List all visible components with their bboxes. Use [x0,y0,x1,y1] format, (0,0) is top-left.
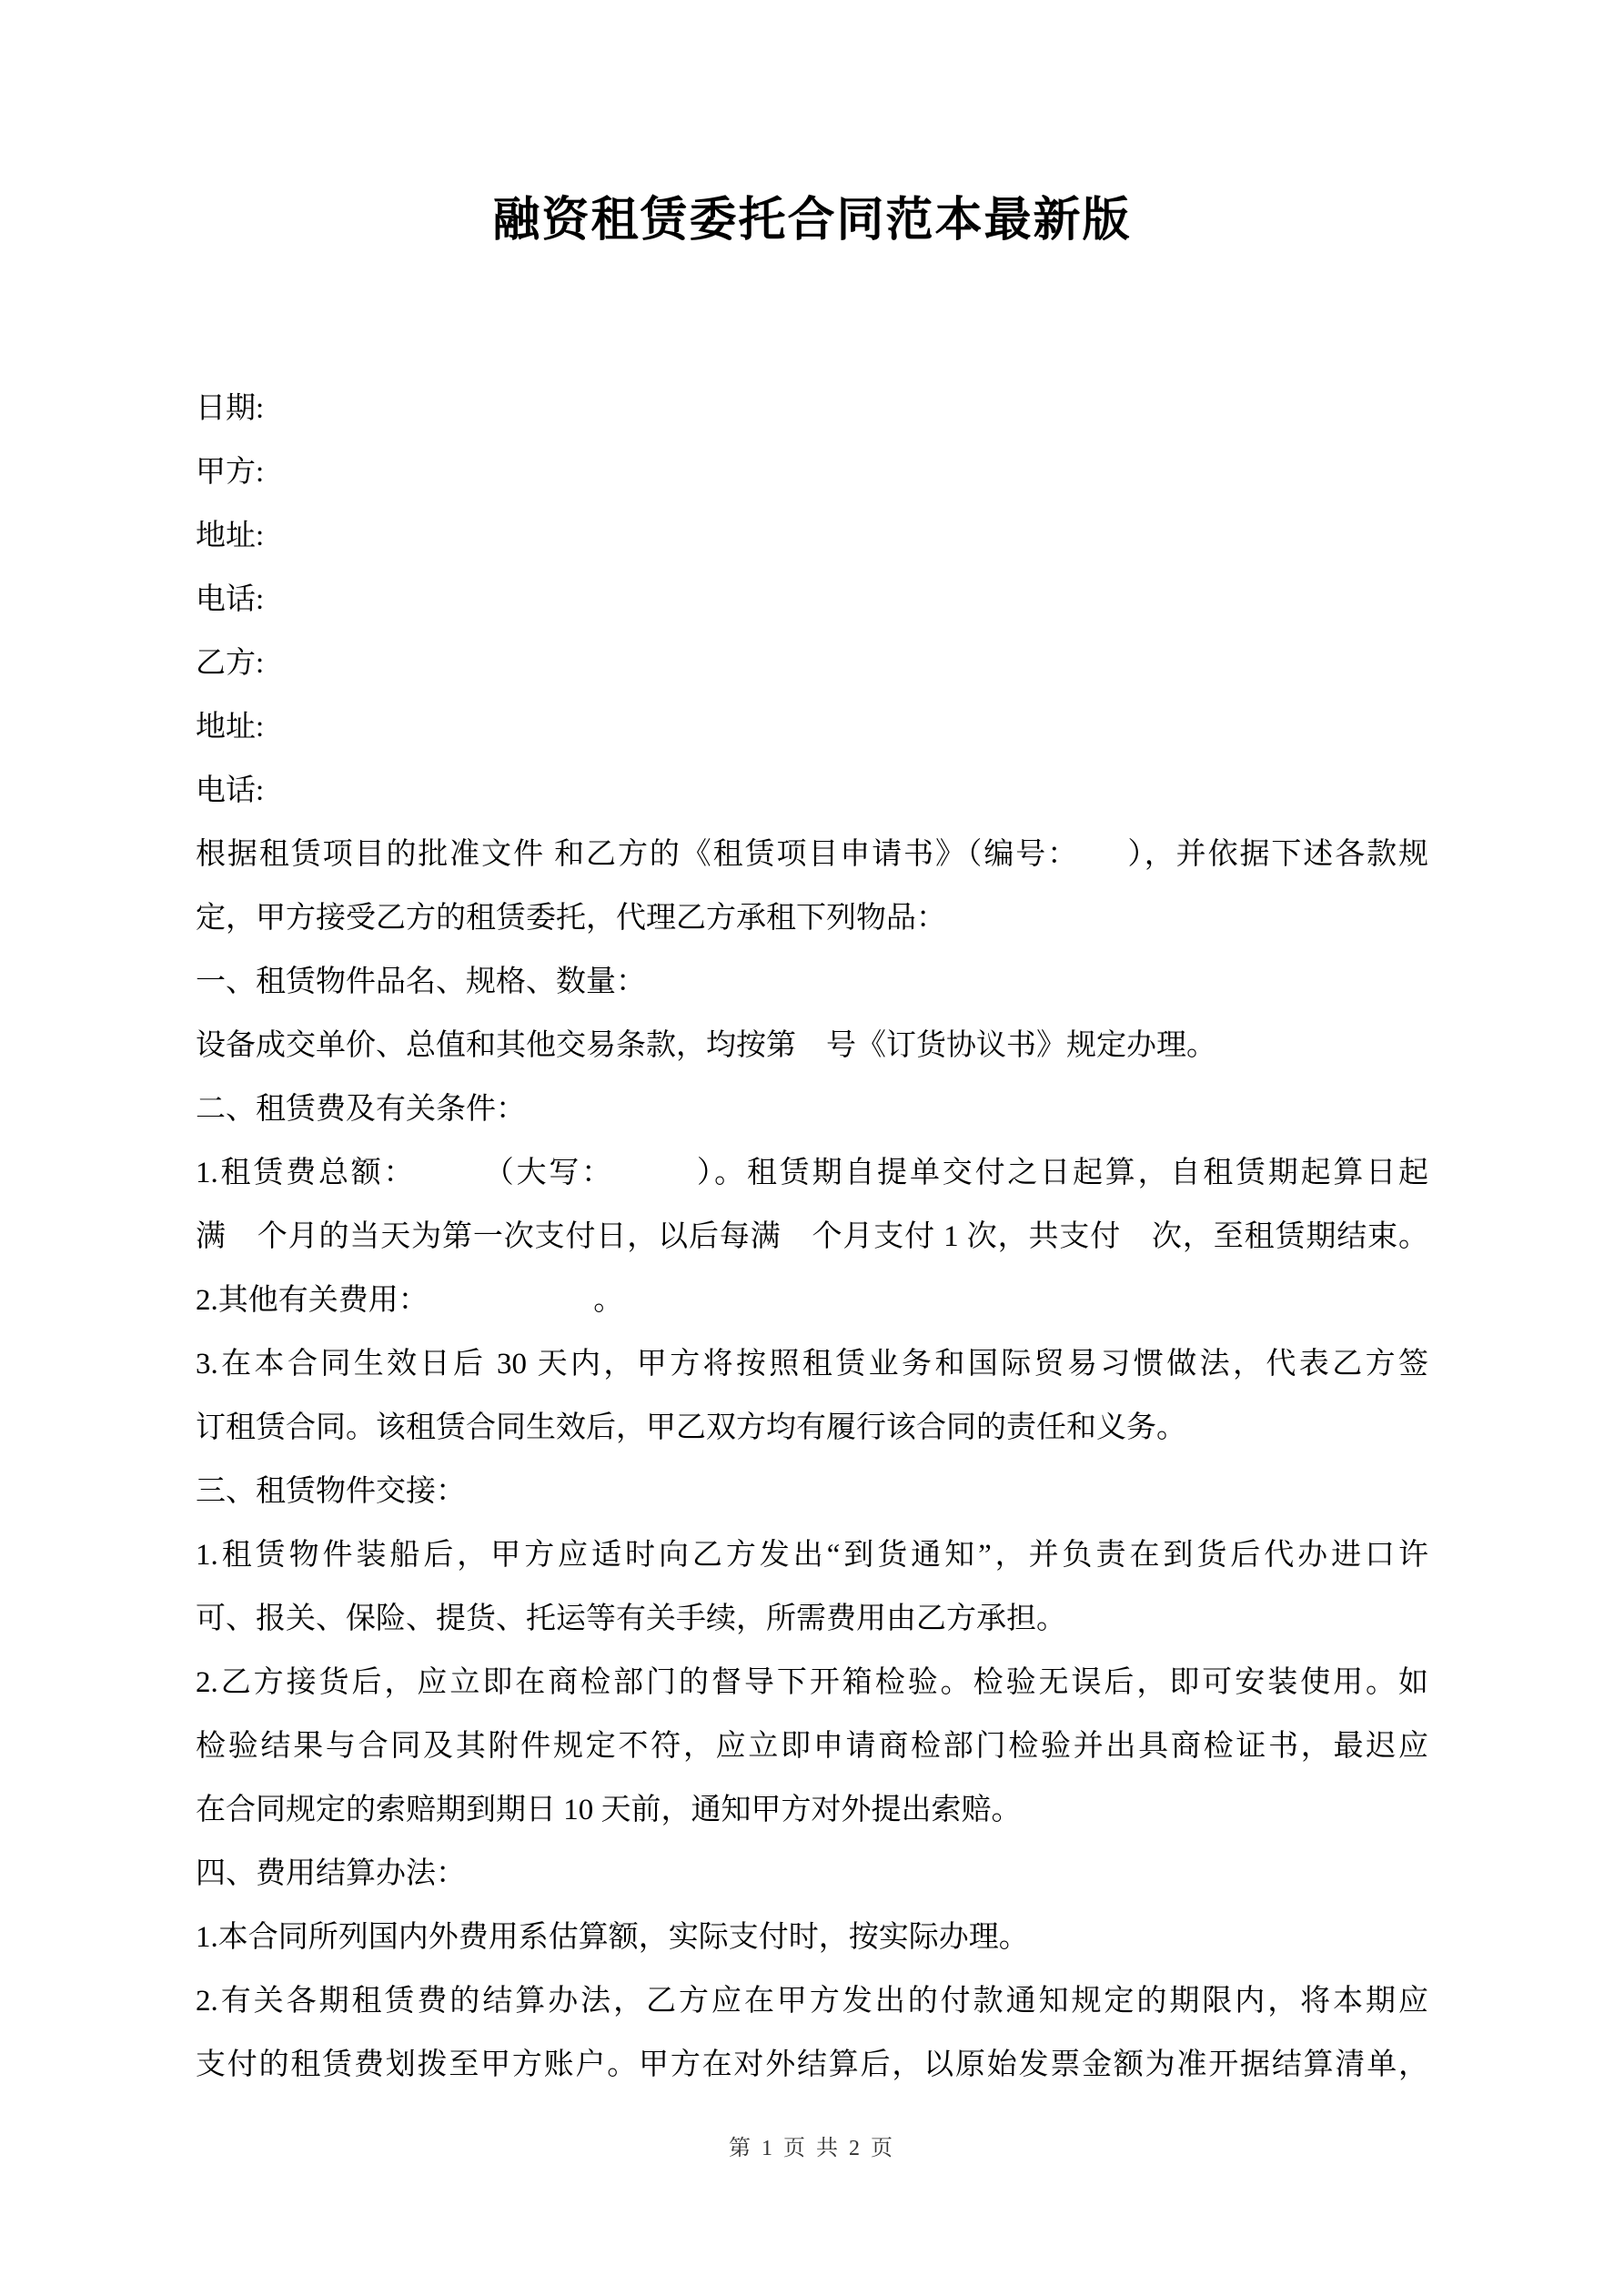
contract-line: 乙方: [196,632,1428,695]
contract-line: 二、租赁费及有关条件： [196,1077,1428,1141]
page-footer: 第 1 页 共 2 页 [0,2129,1624,2161]
contract-line: 甲方: [196,440,1428,504]
contract-line: 三、租赁物件交接： [196,1460,1428,1523]
contract-line: 3.在本合同生效日后 30 天内，甲方将按照租赁业务和国际贸易习惯做法，代表乙方… [196,1332,1428,1396]
contract-line: 2.其他有关费用： 。 [196,1269,1428,1332]
contract-line: 订租赁合同。该租赁合同生效后，甲乙双方均有履行该合同的责任和义务。 [196,1396,1428,1460]
contract-line: 2.有关各期租赁费的结算办法，乙方应在甲方发出的付款通知规定的期限内，将本期应 [196,1969,1428,2033]
contract-line: 地址: [196,695,1428,759]
contract-line: 电话: [196,759,1428,823]
contract-line: 一、租赁物件品名、规格、数量： [196,950,1428,1014]
contract-line: 定，甲方接受乙方的租赁委托，代理乙方承租下列物品： [196,886,1428,950]
contract-line: 1.租赁物件装船后，甲方应适时向乙方发出“到货通知”，并负责在到货后代办进口许 [196,1523,1428,1587]
contract-line: 设备成交单价、总值和其他交易条款，均按第 号《订货协议书》规定办理。 [196,1014,1428,1077]
contract-line: 根据租赁项目的批准文件 和乙方的《租赁项目申请书》（编号： ），并依据下述各款规 [196,823,1428,886]
contract-line: 1.租赁费总额： （大写： ）。租赁期自提单交付之日起算，自租赁期起算日起 [196,1141,1428,1205]
contract-line: 1.本合同所列国内外费用系估算额，实际支付时，按实际办理。 [196,1906,1428,1969]
contract-line: 检验结果与合同及其附件规定不符，应立即申请商检部门检验并出具商检证书，最迟应 [196,1714,1428,1778]
document-title: 融资租赁委托合同范本最新版 [196,193,1428,249]
contract-line: 日期: [196,377,1428,440]
contract-line: 地址: [196,504,1428,568]
contract-line: 可、报关、保险、提货、托运等有关手续，所需费用由乙方承担。 [196,1587,1428,1651]
contract-body: 日期:甲方:地址:电话:乙方:地址:电话:根据租赁项目的批准文件 和乙方的《租赁… [196,377,1428,2097]
contract-line: 2.乙方接货后，应立即在商检部门的督导下开箱检验。检验无误后，即可安装使用。如 [196,1651,1428,1714]
contract-line: 支付的租赁费划拨至甲方账户。甲方在对外结算后，以原始发票金额为准开据结算清单， [196,2033,1428,2097]
contract-page: 融资租赁委托合同范本最新版 日期:甲方:地址:电话:乙方:地址:电话:根据租赁项… [0,0,1624,2296]
contract-line: 在合同规定的索赔期到期日 10 天前，通知甲方对外提出索赔。 [196,1778,1428,1842]
contract-line: 电话: [196,568,1428,632]
contract-line: 四、费用结算办法： [196,1842,1428,1906]
contract-line: 满 个月的当天为第一次支付日，以后每满 个月支付 1 次，共支付 次，至租赁期结… [196,1205,1428,1269]
